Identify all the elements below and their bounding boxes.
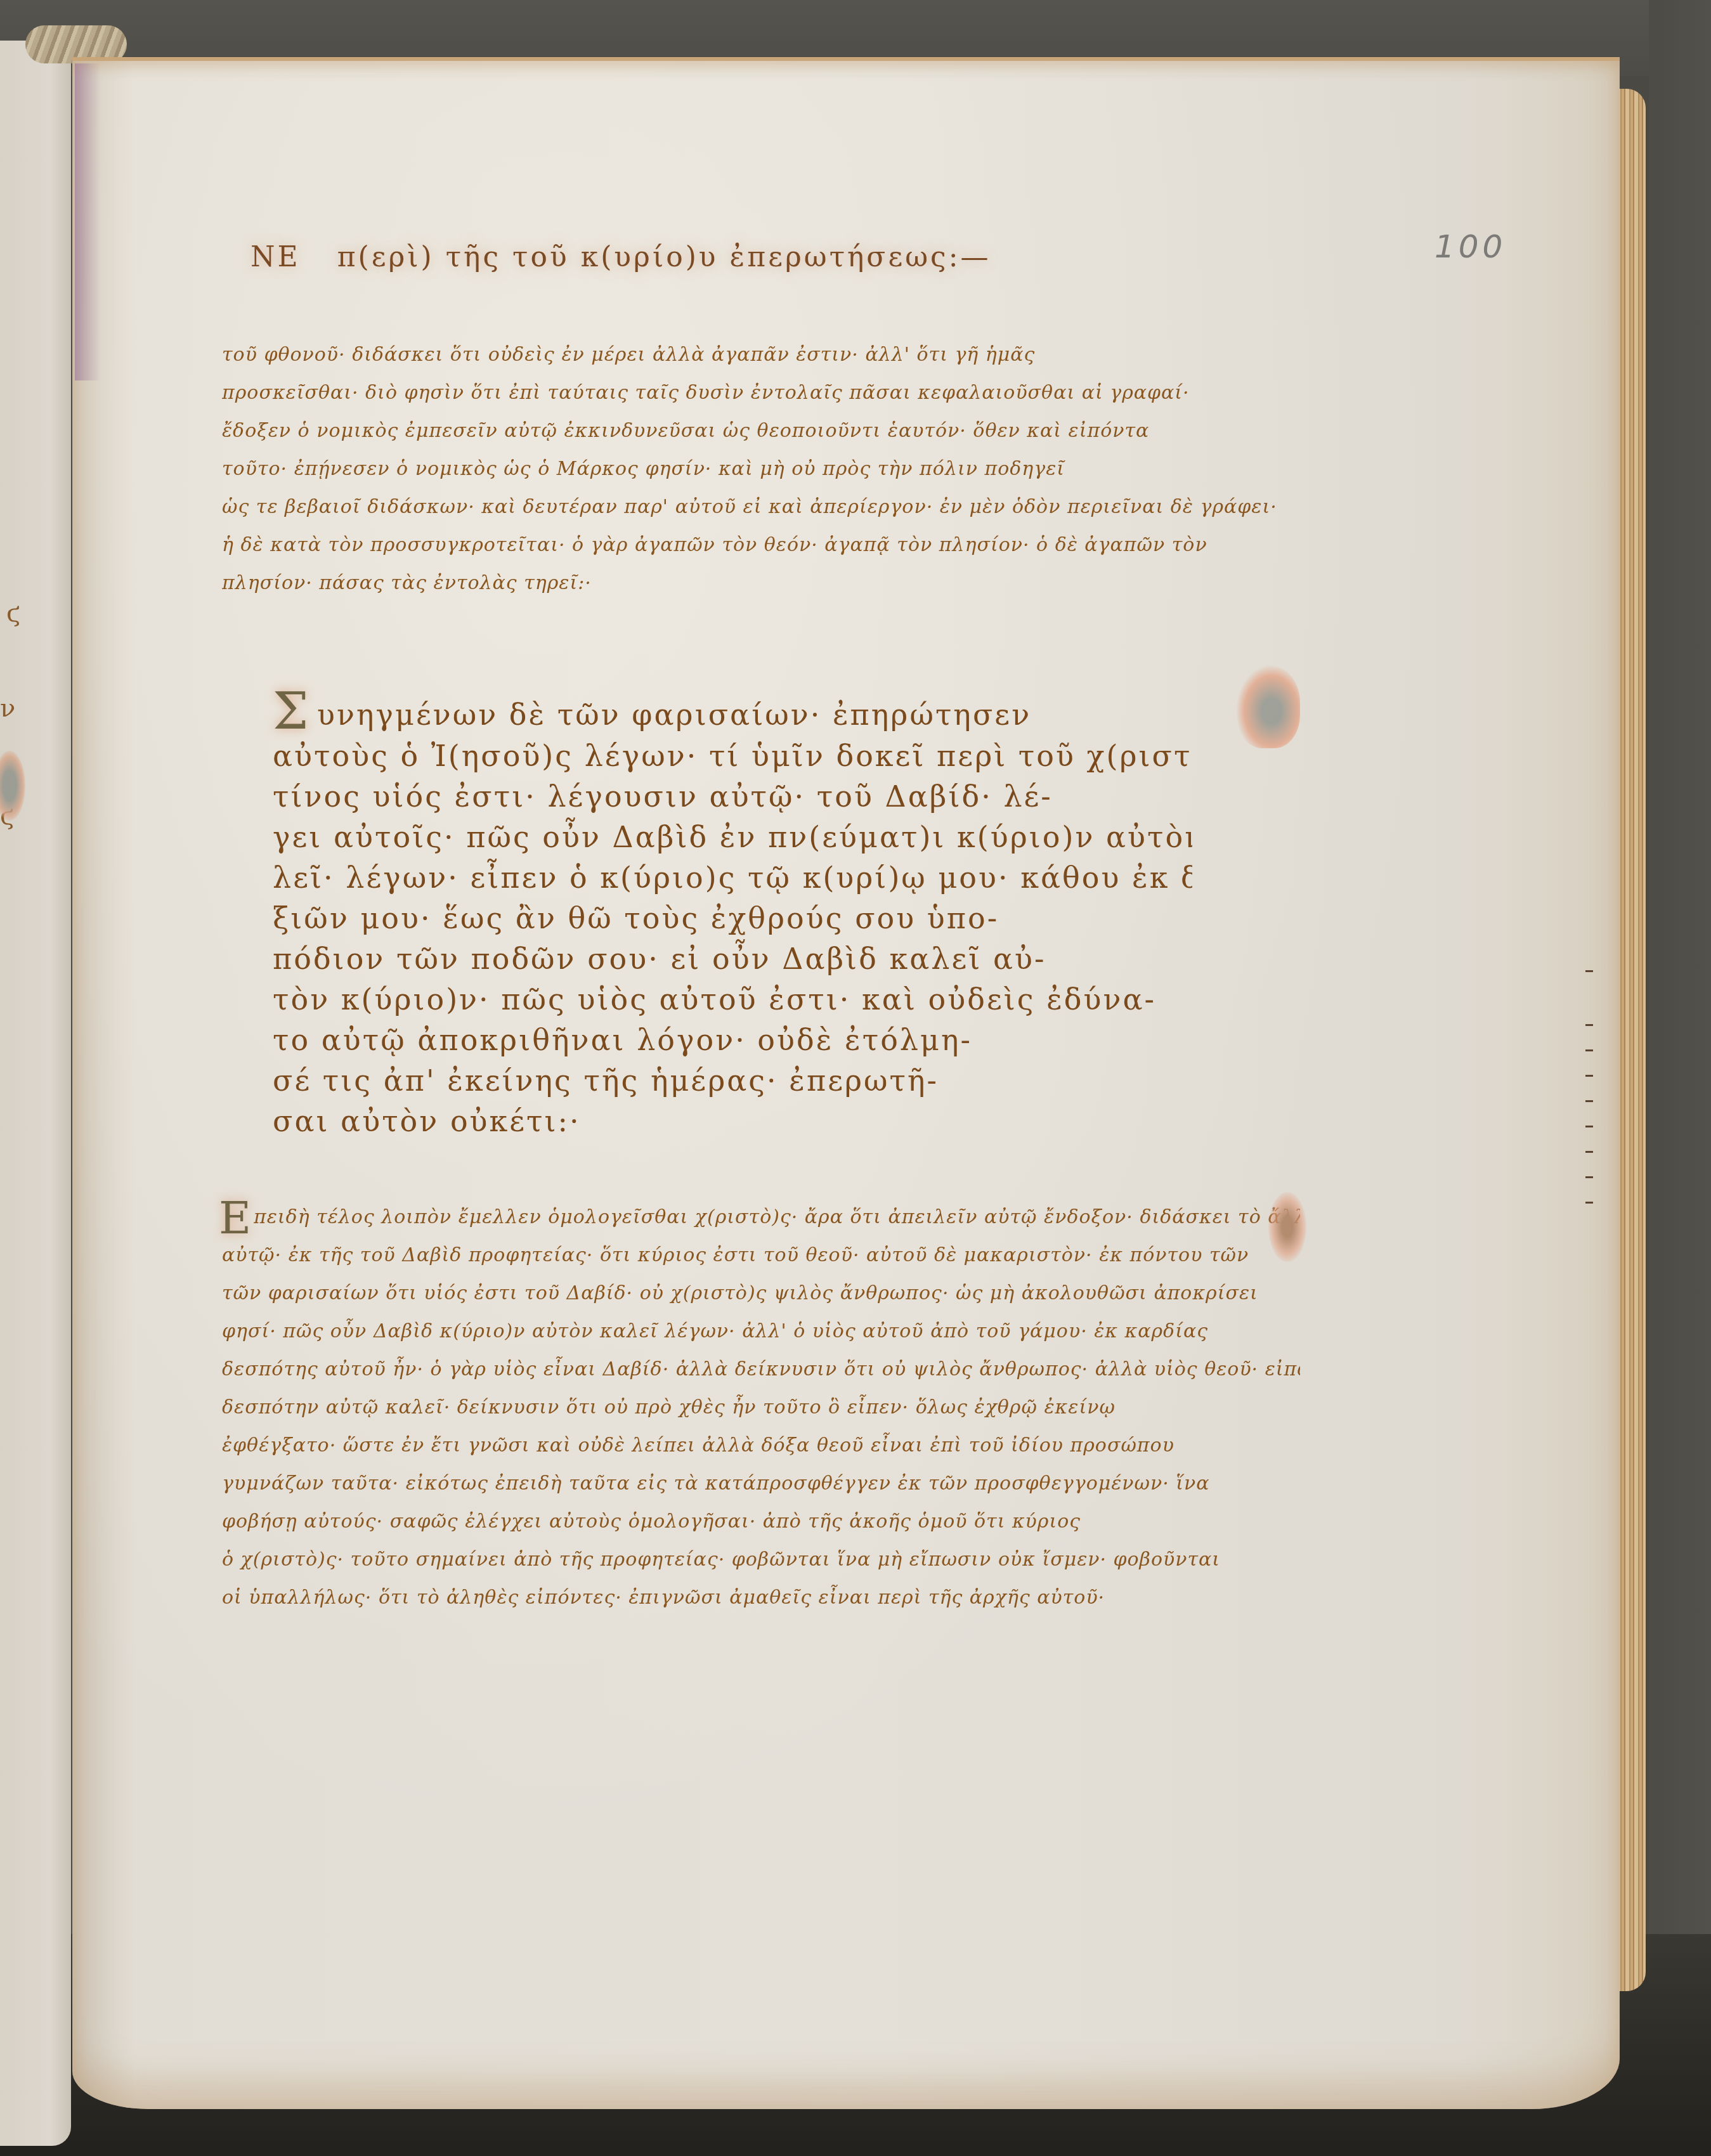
- lemma-line: αὐτοὺς ὁ Ἰ(ησοῦ)ς λέγων· τί ὑμῖν δοκεῖ π…: [273, 736, 1192, 776]
- lemma-initial: Σ: [273, 682, 309, 741]
- commentary-block-2: πειδὴ τέλος λοιπὸν ἔμελλεν ὁμολογεῖσθαι …: [254, 1198, 1300, 1237]
- pricking-mark: [1585, 1176, 1593, 1178]
- text-line: φοβήσῃ αὐτούς· σαφῶς ἐλέγχει αὐτοὺς ὁμολ…: [222, 1503, 1300, 1541]
- lemma-line: ξιῶν μου· ἕως ἂν θῶ τοὺς ἐχθρούς σου ὑπο…: [273, 898, 1192, 938]
- chapter-number: ΝΕ: [250, 241, 301, 273]
- lemma-line: γει αὐτοῖς· πῶς οὖν Δαβὶδ ἐν πν(εύματ)ι …: [273, 817, 1192, 857]
- text-line: φησί· πῶς οὖν Δαβὶδ κ(ύριο)ν αὐτὸν καλεῖ…: [222, 1313, 1300, 1351]
- gutter-stain: [75, 63, 100, 380]
- text-line: δεσπότης αὐτοῦ ἦν· ὁ γὰρ υἱὸς εἶναι Δαβί…: [222, 1351, 1300, 1389]
- ink-offset-stain: [1268, 1192, 1306, 1262]
- text-line: πλησίον· πάσας τὰς ἐντολὰς τηρεῖ:·: [222, 564, 1300, 602]
- lemma-line: λεῖ· λέγων· εἶπεν ὁ κ(ύριο)ς τῷ κ(υρί)ῳ …: [273, 857, 1192, 898]
- lemma-line: σαι αὐτὸν οὐκέτι:·: [273, 1101, 1192, 1141]
- verso-fragment: ϛ: [6, 599, 20, 628]
- text-line: ὡς τε βεβαιοῖ διδάσκων· καὶ δευτέραν παρ…: [222, 488, 1300, 526]
- lemma-block: υνηγμένων δὲ τῶν φαρισαίων· ἐπηρώτησεν: [317, 694, 1237, 735]
- text-line: αὐτῷ· ἐκ τῆς τοῦ Δαβὶδ προφητείας· ὅτι κ…: [222, 1237, 1300, 1275]
- pricking-mark: [1585, 1202, 1593, 1204]
- pricking-mark: [1585, 1126, 1593, 1127]
- verso-page-edge: ϛ ν ϛ: [0, 41, 71, 2146]
- text-line: πειδὴ τέλος λοιπὸν ἔμελλεν ὁμολογεῖσθαι …: [254, 1198, 1300, 1237]
- lemma-block-cont: αὐτοὺς ὁ Ἰ(ησοῦ)ς λέγων· τί ὑμῖν δοκεῖ π…: [273, 736, 1192, 1141]
- text-line: τοῦ φθονοῦ· διδάσκει ὅτι οὐδεὶς ἐν μέρει…: [222, 336, 1300, 374]
- text-line: ἐφθέγξατο· ὥστε ἐν ἔτι γνῶσι καὶ οὐδὲ λε…: [222, 1427, 1300, 1465]
- pricking-mark: [1585, 970, 1593, 972]
- chapter-title: π(ερὶ) τῆς τοῦ κ(υρίο)υ ἐπερωτήσεως:—: [337, 241, 991, 273]
- text-line: ἔδοξεν ὁ νομικὸς ἐμπεσεῖν αὐτῷ ἐκκινδυνε…: [222, 412, 1300, 450]
- lemma-line: τίνος υἱός ἐστι· λέγουσιν αὐτῷ· τοῦ Δαβί…: [273, 776, 1192, 817]
- lemma-line: υνηγμένων δὲ τῶν φαρισαίων· ἐπηρώτησεν: [317, 694, 1237, 735]
- pricking-mark: [1585, 1049, 1593, 1051]
- lemma-line: σέ τις ἀπ' ἐκείνης τῆς ἡμέρας· ἐπερωτῆ-: [273, 1060, 1192, 1101]
- chapter-heading: ΝΕ π(ερὶ) τῆς τοῦ κ(υρίο)υ ἐπερωτήσεως:—: [250, 241, 991, 273]
- lemma-line: το αὐτῷ ἀποκριθῆναι λόγον· οὐδὲ ἐτόλμη-: [273, 1020, 1192, 1060]
- ink-offset-stain: [1237, 666, 1300, 748]
- pricking-mark: [1585, 1151, 1593, 1153]
- verso-stain: [0, 751, 25, 821]
- pricking-mark: [1585, 1024, 1593, 1026]
- text-line: οἱ ὑπαλλήλως· ὅτι τὸ ἀληθὲς εἰπόντες· ἐπ…: [222, 1579, 1300, 1617]
- text-line: δεσπότην αὐτῷ καλεῖ· δείκνυσιν ὅτι οὐ πρ…: [222, 1389, 1300, 1427]
- text-line: γυμνάζων ταῦτα· εἰκότως ἐπειδὴ ταῦτα εἰς…: [222, 1465, 1300, 1503]
- text-line: τοῦτο· ἐπῄνεσεν ὁ νομικὸς ὡς ὁ Μάρκος φη…: [222, 450, 1300, 488]
- background-right: [1649, 0, 1711, 2156]
- commentary-block-2-cont: αὐτῷ· ἐκ τῆς τοῦ Δαβὶδ προφητείας· ὅτι κ…: [222, 1237, 1300, 1617]
- text-line: ὁ χ(ριστὸ)ς· τοῦτο σημαίνει ἀπὸ τῆς προφ…: [222, 1541, 1300, 1579]
- verso-fragment: ν: [0, 694, 15, 723]
- lemma-line: πόδιον τῶν ποδῶν σου· εἰ οὖν Δαβὶδ καλεῖ…: [273, 938, 1192, 979]
- lemma-line: τὸν κ(ύριο)ν· πῶς υἱὸς αὐτοῦ ἐστι· καὶ ο…: [273, 979, 1192, 1020]
- text-line: ἡ δὲ κατὰ τὸν προσσυγκροτεῖται· ὁ γὰρ ἀγ…: [222, 526, 1300, 564]
- text-line: προσκεῖσθαι· διὸ φησὶν ὅτι ἐπὶ ταύταις τ…: [222, 374, 1300, 412]
- commentary-block-1: τοῦ φθονοῦ· διδάσκει ὅτι οὐδεὶς ἐν μέρει…: [222, 336, 1300, 602]
- pricking-mark: [1585, 1100, 1593, 1102]
- folio-number: 100: [1435, 228, 1506, 265]
- text-line: τῶν φαρισαίων ὅτι υἱός ἐστι τοῦ Δαβίδ· ο…: [222, 1275, 1300, 1313]
- pricking-mark: [1585, 1075, 1593, 1077]
